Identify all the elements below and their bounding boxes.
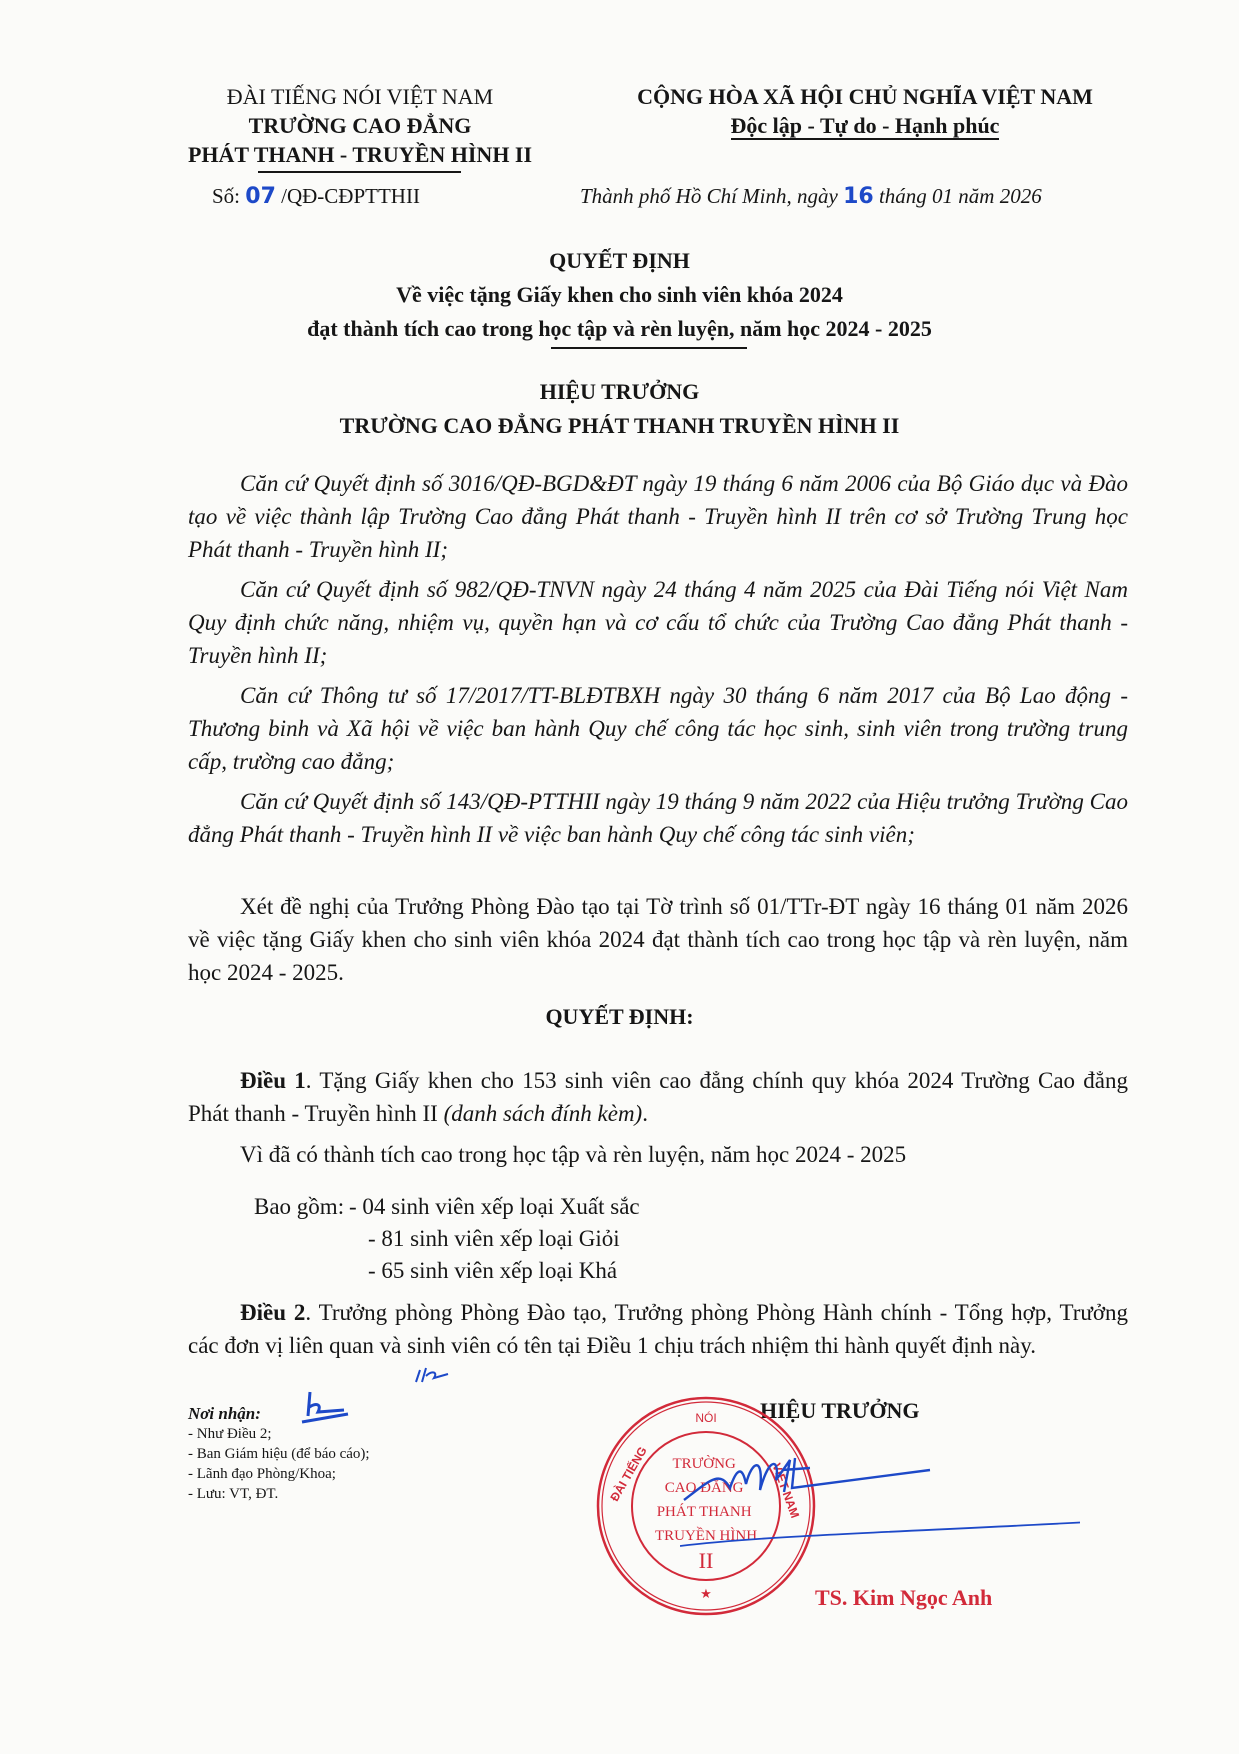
school-name-line2: PHÁT THANH - TRUYỀN HÌNH II bbox=[140, 140, 580, 169]
breakdown-excellent: - 04 sinh viên xếp loại Xuất sắc bbox=[349, 1190, 640, 1223]
article-2-label: Điều 2 bbox=[240, 1300, 305, 1325]
authority-block: HIỆU TRƯỞNG TRƯỜNG CAO ĐẲNG PHÁT THANH T… bbox=[0, 375, 1239, 443]
article-1-label: Điều 1 bbox=[240, 1068, 306, 1093]
breakdown-label: Bao gồm: bbox=[254, 1190, 344, 1223]
national-title-block: CỘNG HÒA XÃ HỘI CHỦ NGHĨA VIỆT NAM Độc l… bbox=[585, 82, 1145, 140]
attached-list-note: (danh sách đính kèm) bbox=[444, 1101, 643, 1126]
breakdown-good: - 81 sinh viên xếp loại Giỏi bbox=[368, 1222, 620, 1255]
initials-signature-icon bbox=[300, 1388, 352, 1424]
initials-mark-icon bbox=[412, 1364, 452, 1386]
agency-name: ĐÀI TIẾNG NÓI VIỆT NAM bbox=[140, 82, 580, 111]
document-number: Số: 07 /QĐ-CĐPTTHII bbox=[212, 184, 420, 209]
decision-subject-line1: Về việc tặng Giấy khen cho sinh viên khó… bbox=[0, 278, 1239, 312]
handwritten-number: 07 bbox=[245, 184, 276, 209]
article-1-reason: Vì đã có thành tích cao trong học tập và… bbox=[188, 1138, 1128, 1171]
country-name: CỘNG HÒA XÃ HỘI CHỦ NGHĨA VIỆT NAM bbox=[585, 82, 1145, 111]
svg-text:II: II bbox=[699, 1548, 714, 1573]
motto-text: Độc lập - Tự do - Hạnh phúc bbox=[731, 113, 1000, 140]
school-name-line1: TRƯỜNG CAO ĐẲNG bbox=[140, 111, 580, 140]
decision-heading: QUYẾT ĐỊNH bbox=[0, 244, 1239, 278]
legal-basis-2: Căn cứ Quyết định số 982/QĐ-TNVN ngày 24… bbox=[188, 573, 1128, 672]
header-left-underline bbox=[258, 171, 461, 173]
decision-section-heading: QUYẾT ĐỊNH: bbox=[0, 1000, 1239, 1034]
svg-text:NÓI: NÓI bbox=[695, 1410, 716, 1425]
recipient-item: - Ban Giám hiệu (để báo cáo); bbox=[188, 1444, 370, 1464]
breakdown-fair: - 65 sinh viên xếp loại Khá bbox=[368, 1254, 617, 1287]
decision-subject-line2: đạt thành tích cao trong học tập và rèn … bbox=[0, 312, 1239, 346]
decision-title: QUYẾT ĐỊNH Về việc tặng Giấy khen cho si… bbox=[0, 244, 1239, 346]
proposal-paragraph: Xét đề nghị của Trưởng Phòng Đào tạo tại… bbox=[188, 890, 1128, 989]
legal-basis-1: Căn cứ Quyết định số 3016/QĐ-BGD&ĐT ngày… bbox=[188, 467, 1128, 566]
legal-basis-4: Căn cứ Quyết định số 143/QĐ-PTTHII ngày … bbox=[188, 785, 1128, 851]
recipient-item: - Như Điều 2; bbox=[188, 1424, 370, 1444]
authority-line1: HIỆU TRƯỞNG bbox=[0, 375, 1239, 409]
svg-text:★: ★ bbox=[700, 1587, 712, 1602]
recipient-item: - Lưu: VT, ĐT. bbox=[188, 1484, 370, 1504]
handwritten-day: 16 bbox=[843, 184, 874, 209]
title-underline bbox=[551, 347, 747, 349]
national-motto: Độc lập - Tự do - Hạnh phúc bbox=[585, 111, 1145, 140]
recipient-item: - Lãnh đạo Phòng/Khoa; bbox=[188, 1464, 370, 1484]
authority-line2: TRƯỜNG CAO ĐẲNG PHÁT THANH TRUYỀN HÌNH I… bbox=[0, 409, 1239, 443]
handwritten-signature-icon bbox=[680, 1440, 1080, 1550]
signer-name: TS. Kim Ngọc Anh bbox=[815, 1585, 992, 1611]
document-date: Thành phố Hồ Chí Minh, ngày 16 tháng 01 … bbox=[580, 184, 1042, 209]
date-prefix: Thành phố Hồ Chí Minh, ngày bbox=[580, 184, 838, 208]
date-suffix: tháng 01 năm 2026 bbox=[879, 184, 1042, 208]
article-2: Điều 2. Trưởng phòng Phòng Đào tạo, Trưở… bbox=[188, 1296, 1128, 1362]
number-suffix: /QĐ-CĐPTTHII bbox=[281, 184, 420, 208]
number-label: Số: bbox=[212, 184, 240, 208]
legal-basis-3: Căn cứ Thông tư số 17/2017/TT-BLĐTBXH ng… bbox=[188, 679, 1128, 778]
article-1: Điều 1. Tặng Giấy khen cho 153 sinh viên… bbox=[188, 1064, 1128, 1130]
issuing-agency-block: ĐÀI TIẾNG NÓI VIỆT NAM TRƯỜNG CAO ĐẲNG P… bbox=[140, 82, 580, 169]
